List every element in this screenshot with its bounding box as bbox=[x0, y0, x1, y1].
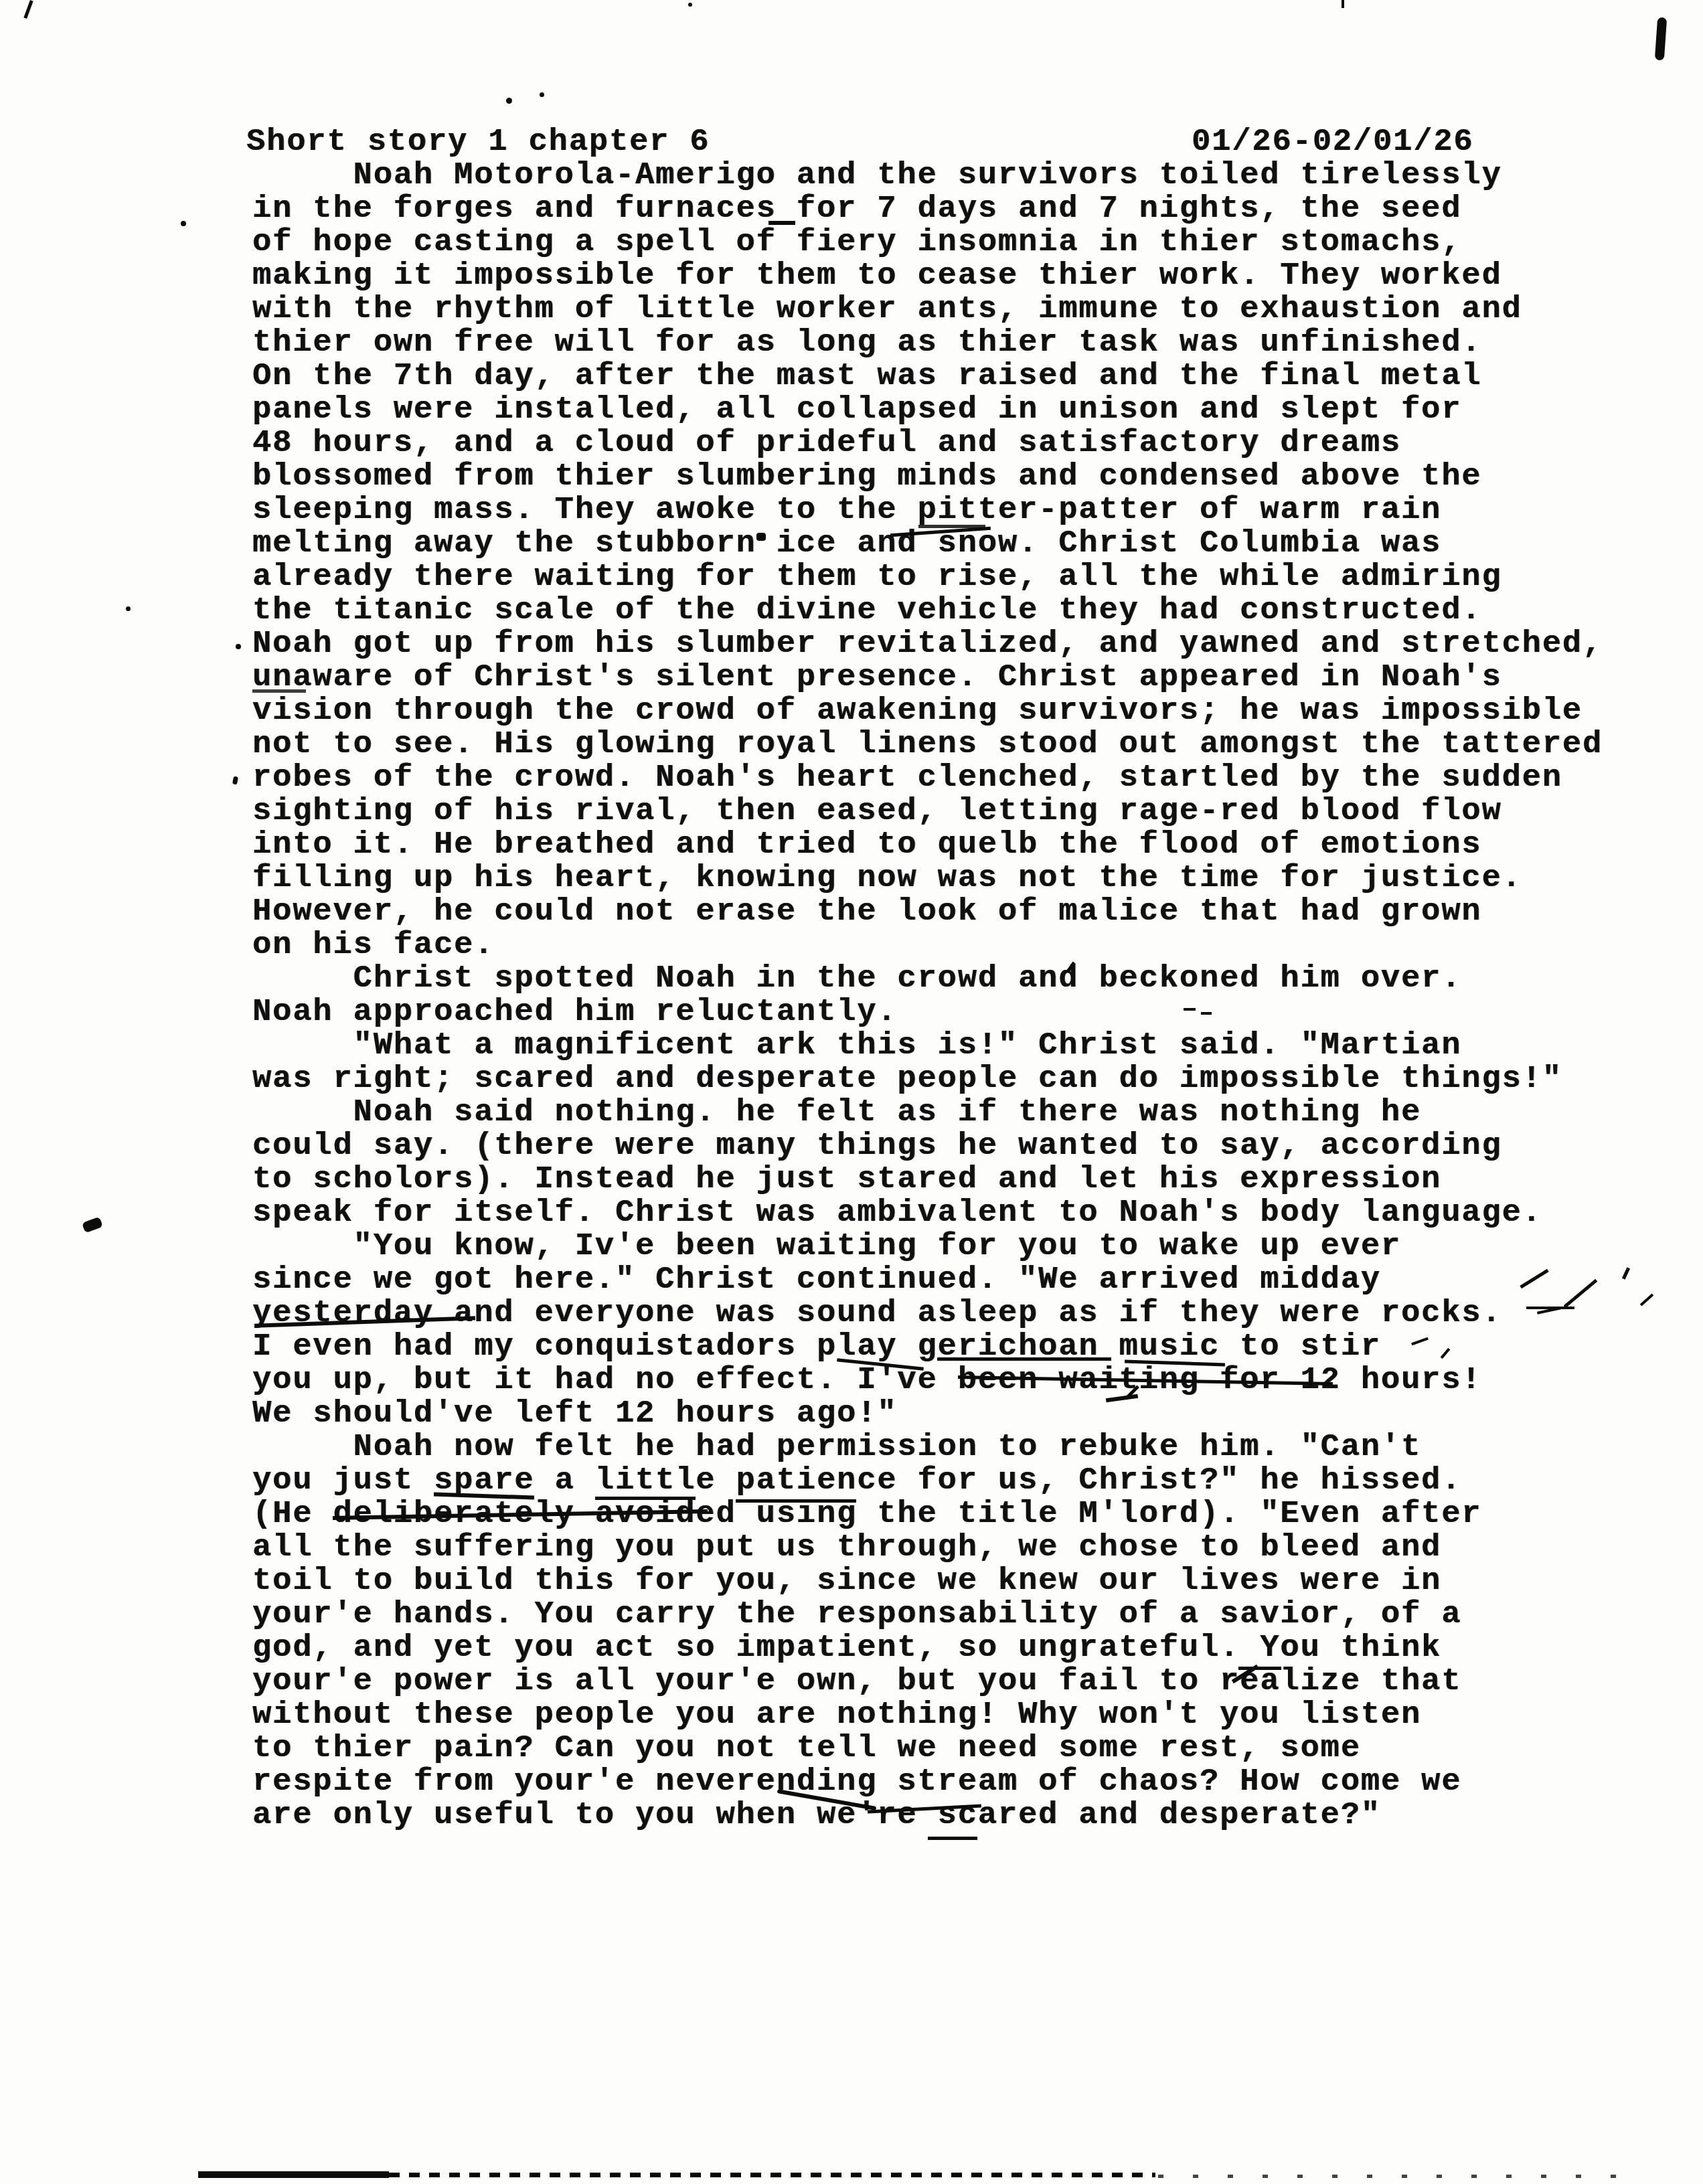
text-line: Christ spotted Noah in the crowd and bec… bbox=[252, 962, 1603, 996]
text-line: on his face. bbox=[252, 929, 1603, 962]
text-line: 48 hours, and a cloud of prideful and sa… bbox=[252, 427, 1603, 460]
pen-mark-scribble bbox=[1640, 1293, 1654, 1306]
text-line: into it. He breathed and tried to quelb … bbox=[252, 829, 1603, 862]
text-line: "You know, Iv'e been waiting for you to … bbox=[252, 1230, 1603, 1264]
scan-artifact-bottom-bar bbox=[198, 2171, 389, 2178]
pen-mark-underline-were bbox=[928, 1837, 977, 1840]
text-line: making it impossible for them to cease t… bbox=[252, 260, 1603, 293]
scan-artifact-bottom-ticks bbox=[1158, 2175, 1640, 2178]
pen-mark-underline-you bbox=[1238, 1667, 1281, 1670]
text-line: filling up his heart, knowing now was no… bbox=[252, 862, 1603, 896]
text-line: of hope casting a spell of fiery insomni… bbox=[252, 226, 1603, 260]
text-line: thier own free will for as long as thier… bbox=[252, 327, 1603, 360]
document-header: Short story 1 chapter 6 01/26-02/01/26 bbox=[0, 124, 1703, 158]
scan-artifact-bottom-dashes bbox=[389, 2173, 1155, 2177]
pen-mark-tally bbox=[1655, 17, 1667, 61]
scan-artifact-dot bbox=[506, 98, 512, 104]
text-line: Noah said nothing. he felt as if there w… bbox=[252, 1096, 1603, 1130]
text-line: vision through the crowd of awakening su… bbox=[252, 695, 1603, 728]
text-line: not to see. His glowing royal linens sto… bbox=[252, 728, 1603, 762]
typed-underscore-artifact bbox=[768, 221, 795, 225]
scan-artifact-dot bbox=[236, 644, 241, 649]
scan-artifact-dot bbox=[181, 221, 186, 226]
pen-mark-dash bbox=[1201, 1012, 1212, 1015]
text-line: to scholors). Instead he just stared and… bbox=[252, 1163, 1603, 1197]
text-line: could say. (there were many things he wa… bbox=[252, 1130, 1603, 1163]
text-line: We should've left 12 hours ago!" bbox=[252, 1398, 1603, 1431]
pen-mark-underline-una bbox=[252, 689, 306, 693]
page-sheet: Short story 1 chapter 6 01/26-02/01/26 N… bbox=[0, 0, 1703, 2184]
text-line: your'e hands. You carry the responsabili… bbox=[252, 1598, 1603, 1632]
text-line: However, he could not erase the look of … bbox=[252, 896, 1603, 929]
text-line: all the suffering you put us through, we… bbox=[252, 1531, 1603, 1565]
text-line: sleeping mass. They awoke to the pitter-… bbox=[252, 494, 1603, 527]
text-line: I even had my conquistadors play gericho… bbox=[252, 1331, 1603, 1364]
text-line: the titanic scale of the divine vehicle … bbox=[252, 594, 1603, 628]
text-line: speak for itself. Christ was ambivalent … bbox=[252, 1197, 1603, 1230]
scan-artifact-tick bbox=[1342, 0, 1344, 8]
text-line: Noah now felt he had permission to rebuk… bbox=[252, 1431, 1603, 1464]
text-line: you up, but it had no effect. I've been … bbox=[252, 1364, 1603, 1398]
scan-artifact-dot bbox=[688, 3, 692, 7]
overstrike-smudge bbox=[756, 533, 766, 541]
scan-artifact-dot bbox=[540, 92, 544, 97]
text-line: was right; scared and desperate people c… bbox=[252, 1063, 1603, 1096]
story-text: Noah Motorola-Amerigo and the survivors … bbox=[252, 159, 1603, 1833]
text-line: toil to build this for you, since we kne… bbox=[252, 1565, 1603, 1598]
text-line: are only useful to you when we're scared… bbox=[252, 1799, 1603, 1833]
pen-mark-dash bbox=[1184, 1008, 1196, 1011]
text-line: sighting of his rival, then eased, letti… bbox=[252, 795, 1603, 829]
pen-mark-scribble bbox=[1622, 1267, 1630, 1279]
text-line: Noah got up from his slumber revitalized… bbox=[252, 628, 1603, 661]
text-line: unaware of Christ's silent presence. Chr… bbox=[252, 661, 1603, 695]
date-range: 01/26-02/01/26 bbox=[1192, 124, 1473, 160]
pen-mark-scribble bbox=[82, 1217, 103, 1234]
page-title: Short story 1 chapter 6 bbox=[246, 124, 710, 160]
text-line: On the 7th day, after the mast was raise… bbox=[252, 360, 1603, 394]
scan-artifact-comma bbox=[232, 776, 238, 784]
scan-artifact-dot bbox=[126, 606, 131, 611]
text-line: blossomed from thier slumbering minds an… bbox=[252, 460, 1603, 494]
text-line: god, and yet you act so impatient, so un… bbox=[252, 1632, 1603, 1665]
pen-mark-underline-little bbox=[595, 1497, 696, 1500]
text-line: your'e power is all your'e own, but you … bbox=[252, 1665, 1603, 1699]
text-line: in the forges and furnaces for 7 days an… bbox=[252, 193, 1603, 226]
text-line: with the rhythm of little worker ants, i… bbox=[252, 293, 1603, 327]
text-line: "What a magnificent ark this is!" Christ… bbox=[252, 1029, 1603, 1063]
text-line: respite from your'e neverending stream o… bbox=[252, 1766, 1603, 1799]
text-line: without these people you are nothing! Wh… bbox=[252, 1699, 1603, 1732]
pen-mark-underline-gerichoan bbox=[937, 1357, 1111, 1361]
scan-artifact-slash bbox=[23, 0, 33, 19]
text-line: Noah approached him reluctantly. bbox=[252, 996, 1603, 1029]
text-line: since we got here." Christ continued. "W… bbox=[252, 1264, 1603, 1297]
text-line: Noah Motorola-Amerigo and the survivors … bbox=[252, 159, 1603, 193]
text-line: already there waiting for them to rise, … bbox=[252, 561, 1603, 594]
pen-mark-overline-rocks bbox=[1526, 1307, 1574, 1309]
text-line: to thier pain? Can you not tell we need … bbox=[252, 1732, 1603, 1766]
text-line: robes of the crowd. Noah's heart clenche… bbox=[252, 762, 1603, 795]
text-line: panels were installed, all collapsed in … bbox=[252, 394, 1603, 427]
pen-mark-underline-patience bbox=[736, 1499, 856, 1503]
text-line: yesterday and everyone was sound asleep … bbox=[252, 1297, 1603, 1331]
